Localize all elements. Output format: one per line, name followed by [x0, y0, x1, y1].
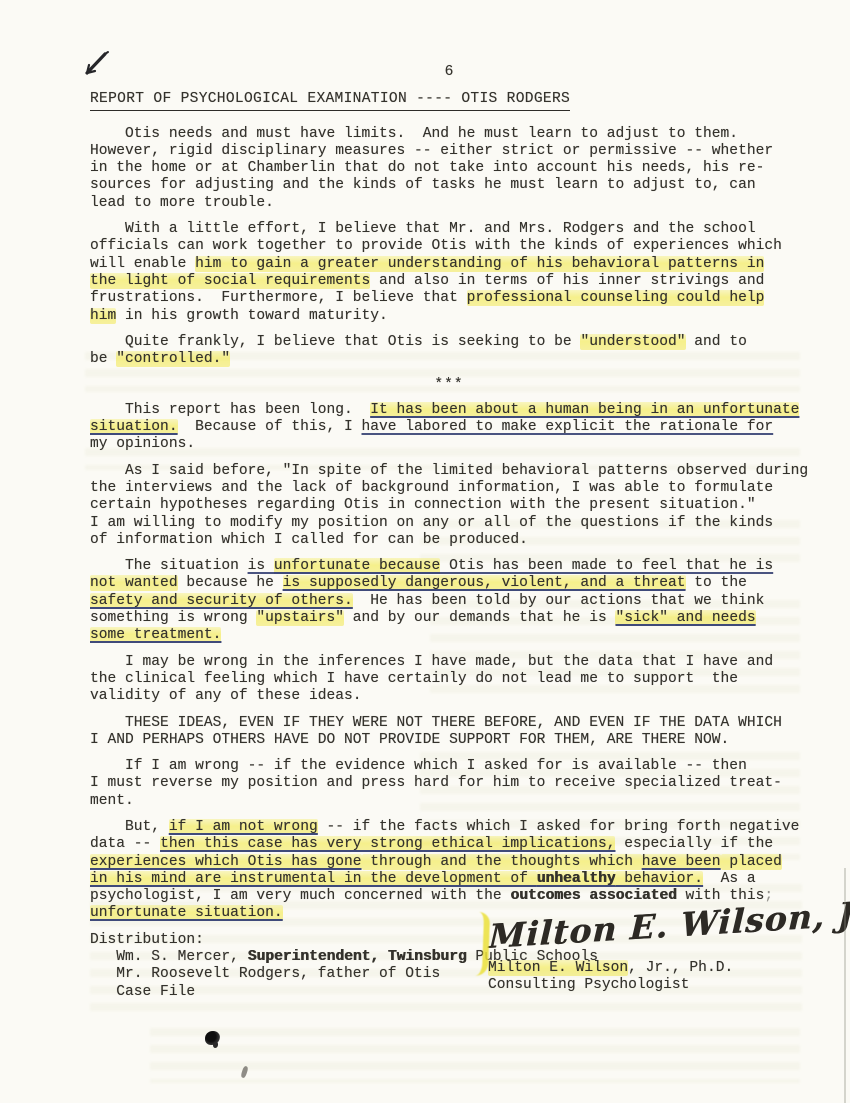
section-separator: *** — [90, 377, 808, 394]
report-title: REPORT OF PSYCHOLOGICAL EXAMINATION ----… — [90, 91, 570, 110]
paragraph-as-i-said: As I said before, "In spite of the limit… — [90, 463, 808, 549]
bleed-through-text — [150, 1028, 800, 1083]
distribution-block: Distribution: Wm. S. Mercer, Superintend… — [90, 932, 808, 1001]
paragraph-report-long: This report has been long. It has been a… — [90, 402, 808, 454]
paragraph-situation-unfortunate: The situation is unfortunate because Oti… — [90, 558, 808, 644]
small-ink-mark — [240, 1066, 248, 1079]
scanned-report-page: 6 REPORT OF PSYCHOLOGICAL EXAMINATION --… — [0, 0, 850, 1103]
pen-arrow-mark — [80, 47, 112, 79]
paragraph-little-effort: With a little effort, I believe that Mr.… — [90, 221, 808, 325]
paragraph-may-be-wrong: I may be wrong in the inferences I have … — [90, 654, 808, 706]
ink-blot-mark — [205, 1031, 220, 1045]
text-column: 6 REPORT OF PSYCHOLOGICAL EXAMINATION --… — [90, 64, 808, 1001]
signature-block: Milton E. Wilson, Jr Milton E. Wilson, J… — [488, 920, 818, 995]
scan-edge-line — [844, 868, 846, 1103]
page-number: 6 — [90, 64, 808, 81]
signature-typed-name: Milton E. Wilson, Jr., Ph.D. — [488, 960, 818, 977]
paragraph-these-ideas: THESE IDEAS, EVEN IF THEY WERE NOT THERE… — [90, 715, 808, 750]
paragraph-quite-frankly: Quite frankly, I believe that Otis is se… — [90, 334, 808, 369]
paragraph-if-wrong: If I am wrong -- if the evidence which I… — [90, 758, 808, 810]
signature-role: Consulting Psychologist — [488, 977, 818, 994]
paragraph-limits: Otis needs and must have limits. And he … — [90, 126, 808, 212]
